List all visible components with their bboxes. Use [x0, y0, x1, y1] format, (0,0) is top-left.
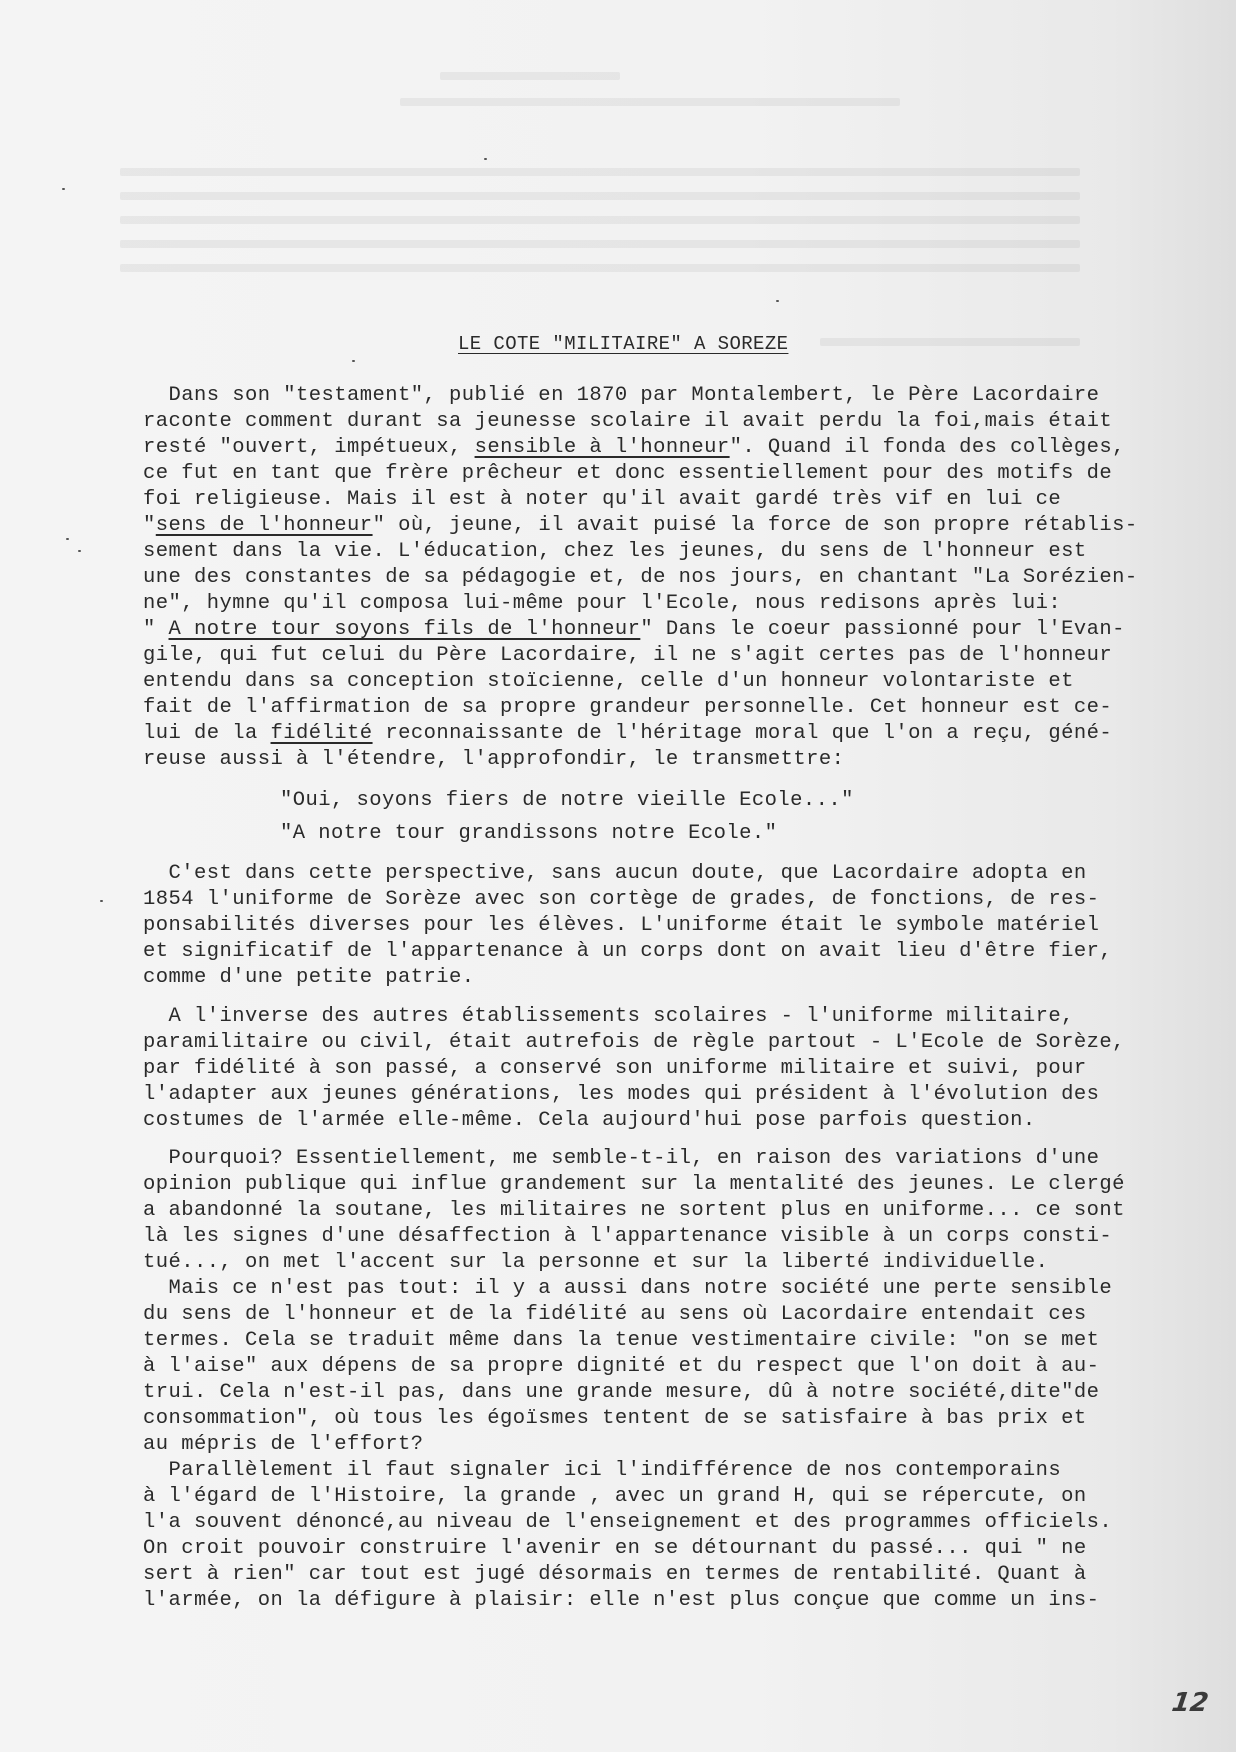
text-line: à l'aise" aux dépens de sa propre dignit…: [143, 1355, 1099, 1379]
text-line: 1854 l'uniforme de Sorèze avec son cortè…: [143, 888, 1099, 912]
text-line: foi religieuse. Mais il est à noter qu'i…: [143, 488, 1061, 512]
text-line: lui de la fidélité reconnaissante de l'h…: [143, 722, 1112, 746]
speck: [776, 300, 779, 302]
underlined-phrase: sens de l'honneur: [156, 514, 373, 537]
text-line: Dans son "testament", publié en 1870 par…: [143, 384, 1099, 408]
speck: [100, 900, 103, 902]
text-line: tué..., on met l'accent sur la personne …: [143, 1251, 1048, 1275]
underlined-phrase: A notre tour soyons fils de l'honneur: [169, 618, 641, 641]
text-line: entendu dans sa conception stoïcienne, c…: [143, 670, 1074, 694]
text-line: Pourquoi? Essentiellement, me semble-t-i…: [143, 1147, 1099, 1171]
text-line: et significatif de l'appartenance à un c…: [143, 940, 1112, 964]
text-line: sert à rien" car tout est jugé désormais…: [143, 1563, 1087, 1587]
speck: [78, 550, 81, 552]
text-line: A l'inverse des autres établissements sc…: [143, 1005, 1074, 1029]
text-line: "sens de l'honneur" où, jeune, il avait …: [143, 514, 1138, 538]
text-line: a abandonné la soutane, les militaires n…: [143, 1199, 1125, 1223]
text-run: resté "ouvert, impétueux,: [143, 436, 475, 459]
underlined-phrase: fidélité: [271, 722, 373, 745]
bleed-through-text: [0, 0, 1236, 360]
text-line: " A notre tour soyons fils de l'honneur"…: [143, 618, 1125, 642]
text-line: trui. Cela n'est-il pas, dans une grande…: [143, 1381, 1099, 1405]
text-line: paramilitaire ou civil, était autrefois …: [143, 1031, 1125, 1055]
text-line: l'adapter aux jeunes générations, les mo…: [143, 1083, 1099, 1107]
text-run: ": [143, 618, 169, 641]
page-number: 12: [1170, 1688, 1210, 1718]
text-line: du sens de l'honneur et de la fidélité a…: [143, 1303, 1087, 1327]
text-line: comme d'une petite patrie.: [143, 966, 475, 990]
text-line: resté "ouvert, impétueux, sensible à l'h…: [143, 436, 1125, 460]
text-line: ponsabilités diverses pour les élèves. L…: [143, 914, 1099, 938]
speck: [66, 538, 69, 540]
text-line: sement dans la vie. L'éducation, chez le…: [143, 540, 1087, 564]
quote-line: "A notre tour grandissons notre Ecole.": [280, 822, 777, 846]
text-line: au mépris de l'effort?: [143, 1433, 424, 1457]
text-line: une des constantes de sa pédagogie et, d…: [143, 566, 1138, 590]
speck: [62, 188, 65, 190]
speck: [352, 360, 355, 362]
text-line: raconte comment durant sa jeunesse scola…: [143, 410, 1112, 434]
document-title: LE COTE "MILITAIRE" A SOREZE: [458, 333, 788, 355]
text-line: l'a souvent dénoncé,au niveau de l'ensei…: [143, 1511, 1112, 1535]
text-line: termes. Cela se traduit même dans la ten…: [143, 1329, 1099, 1353]
speck: [484, 158, 487, 160]
text-line: costumes de l'armée elle-même. Cela aujo…: [143, 1109, 1036, 1133]
text-run: " où, jeune, il avait puisé la force de …: [373, 514, 1138, 537]
text-line: gile, qui fut celui du Père Lacordaire, …: [143, 644, 1112, 668]
scanned-page: LE COTE "MILITAIRE" A SOREZE Dans son "t…: [0, 0, 1236, 1752]
text-line: C'est dans cette perspective, sans aucun…: [143, 862, 1087, 886]
text-run: reconnaissante de l'héritage moral que l…: [373, 722, 1113, 745]
text-run: lui de la: [143, 722, 271, 745]
text-line: consommation", où tous les égoïsmes tent…: [143, 1407, 1087, 1431]
text-line: Parallèlement il faut signaler ici l'ind…: [143, 1459, 1061, 1483]
quote-line: "Oui, soyons fiers de notre vieille Ecol…: [280, 789, 854, 813]
text-run: ": [143, 514, 156, 537]
text-run: " Dans le coeur passionné pour l'Evan-: [640, 618, 1125, 641]
text-run: ". Quand il fonda des collèges,: [730, 436, 1125, 459]
text-line: l'armée, on la défigure à plaisir: elle …: [143, 1589, 1099, 1613]
text-line: par fidélité à son passé, a conservé son…: [143, 1057, 1087, 1081]
text-line: opinion publique qui influe grandement s…: [143, 1173, 1125, 1197]
text-line: On croit pouvoir construire l'avenir en …: [143, 1537, 1087, 1561]
text-line: fait de l'affirmation de sa propre grand…: [143, 696, 1112, 720]
text-line: Mais ce n'est pas tout: il y a aussi dan…: [143, 1277, 1112, 1301]
underlined-phrase: sensible à l'honneur: [475, 436, 730, 459]
text-line: ce fut en tant que frère prêcheur et don…: [143, 462, 1112, 486]
text-line: là les signes d'une désaffection à l'app…: [143, 1225, 1112, 1249]
text-line: à l'égard de l'Histoire, la grande , ave…: [143, 1485, 1087, 1509]
text-line: reuse aussi à l'étendre, l'approfondir, …: [143, 748, 844, 772]
text-line: ne", hymne qu'il composa lui-même pour l…: [143, 592, 1061, 616]
